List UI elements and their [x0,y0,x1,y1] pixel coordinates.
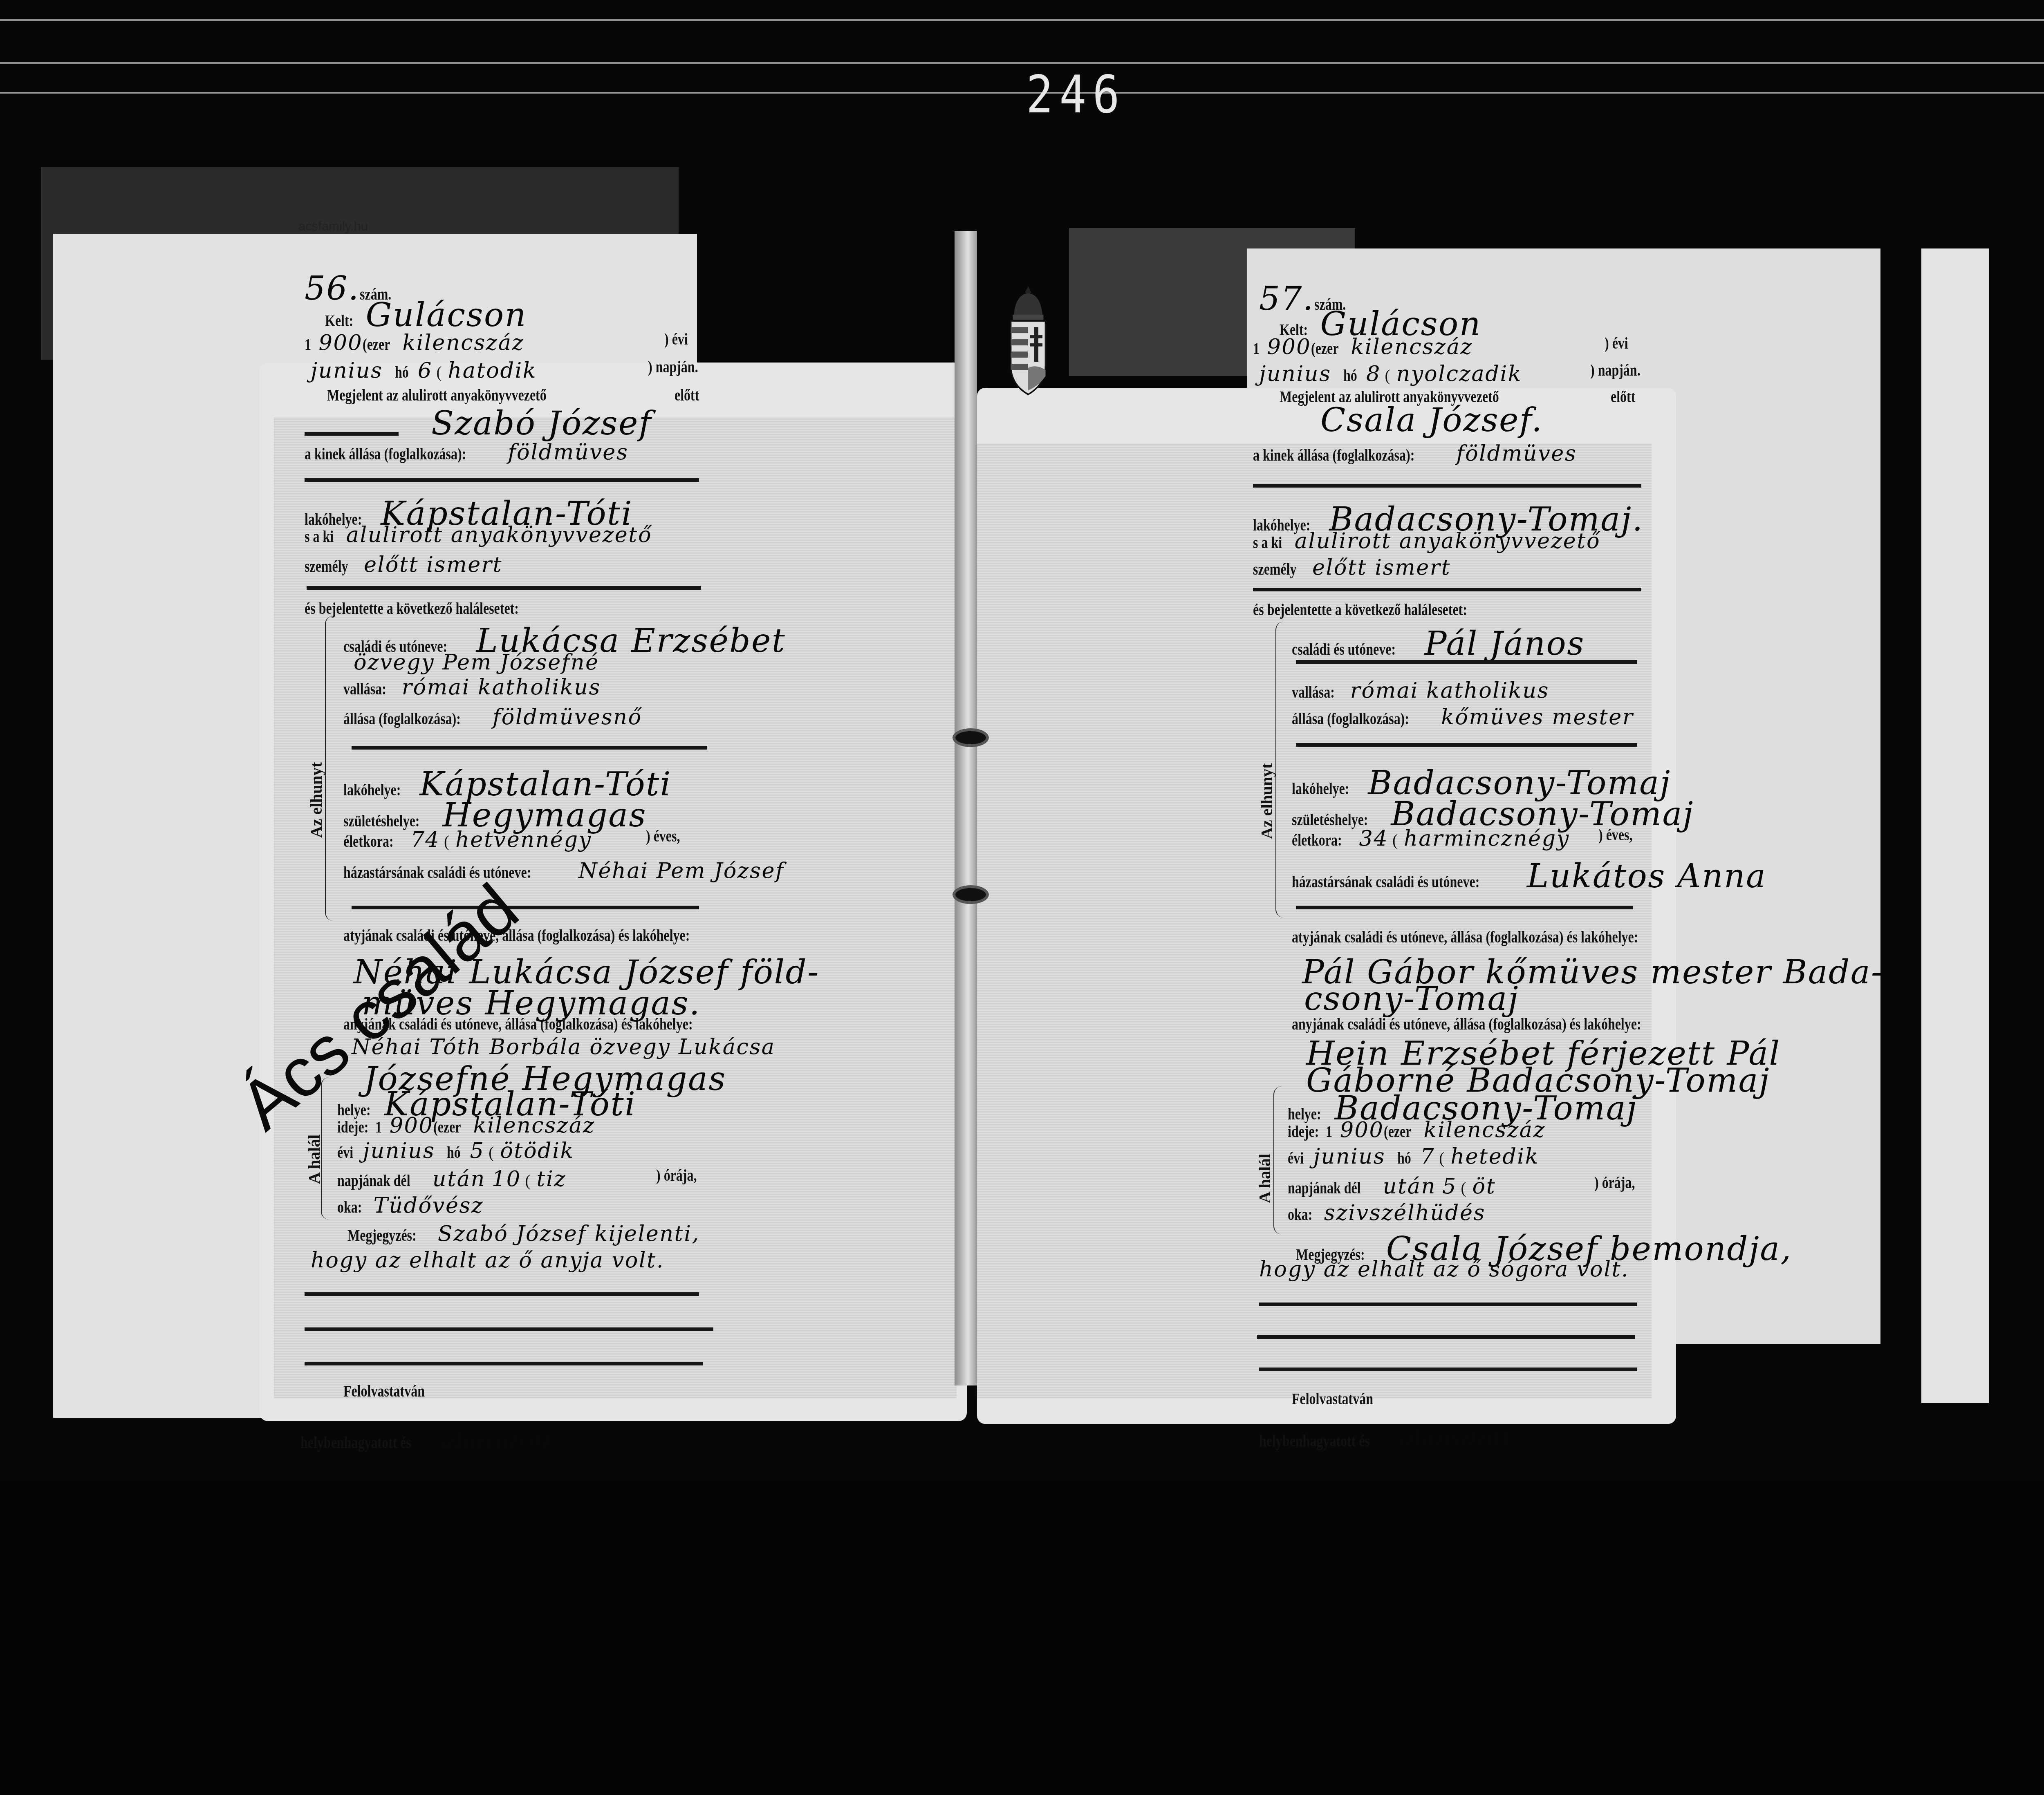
informant-name: Csala József. [1320,401,1543,439]
kelt-row: Kelt: Gulácson [325,296,527,334]
book-spine [955,231,977,1385]
cause-of-death: szivszélhüdés [1324,1200,1486,1225]
film-edge-line [0,62,2044,64]
cause-of-death: Tüdővész [374,1193,484,1218]
place-of-record: Gulácson [365,296,527,334]
informant-name: Szabó József [431,404,652,442]
microfilm-frame: 246 acsfamily.hu 56. szám. Kelt: Gulácso… [0,0,2044,1480]
binding-ring [953,885,989,904]
under-page-edge [1921,248,1989,1403]
binding-ring [953,728,989,748]
year-row: 1 900 (ezer kilencszáz [305,330,524,355]
film-edge-line [0,19,2044,21]
site-label: acsfamily.hu [298,219,368,234]
deceased-name: Pál János [1425,624,1585,662]
film-edge-line [0,92,2044,94]
frame-number: 246 [1026,64,1126,124]
date-row: junius hó 6 ( hatodik [305,358,537,383]
hungarian-coat-of-arms-icon [1006,284,1051,396]
